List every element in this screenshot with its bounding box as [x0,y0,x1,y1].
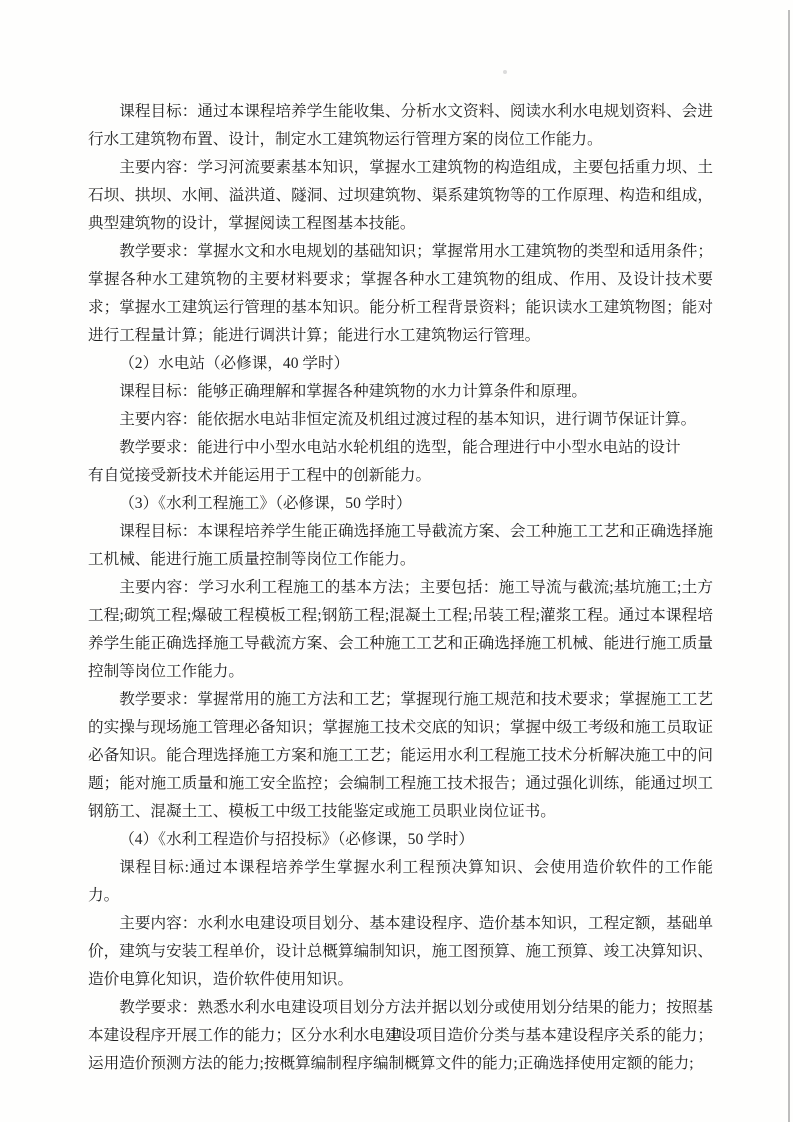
body-paragraph: 主要内容：能依据水电站非恒定流及机组过渡过程的基本知识，进行调节保证计算。 [88,406,713,434]
scanned-document-page: 课程目标：通过本课程培养学生能收集、分析水文资料、阅读水利水电规划资料、会进行水… [0,0,793,1122]
body-paragraph: 课程目标：通过本课程培养学生能收集、分析水文资料、阅读水利水电规划资料、会进行水… [88,98,713,154]
body-paragraph: 教学要求：掌握水文和水电规划的基础知识；掌握常用水工建筑物的类型和适用条件；掌握… [88,238,713,350]
body-paragraph: 有自觉接受新技术并能运用于工程中的创新能力。 [88,462,713,490]
scan-speck-artifact [503,70,507,74]
course-section-heading: （2）水电站（必修课，40 学时） [88,350,713,378]
document-body: 课程目标：通过本课程培养学生能收集、分析水文资料、阅读水利水电规划资料、会进行水… [88,98,713,1078]
page-number: 11 [0,1020,793,1048]
body-paragraph: 课程目标：本课程培养学生能正确选择施工导截流方案、会工种施工工艺和正确选择施工机… [88,518,713,574]
scan-edge-artifact [788,10,790,1122]
body-paragraph: 课程目标：能够正确理解和掌握各种建筑物的水力计算条件和原理。 [88,378,713,406]
body-paragraph: 主要内容：学习水利工程施工的基本方法；主要包括：施工导流与截流;基坑施工;土方工… [88,574,713,686]
body-paragraph: 主要内容：水利水电建设项目划分、基本建设程序、造价基本知识，工程定额，基础单价，… [88,910,713,994]
course-section-heading: （4）《水利工程造价与招投标》（必修课，50 学时） [88,826,713,854]
body-paragraph: 主要内容：学习河流要素基本知识，掌握水工建筑物的构造组成，主要包括重力坝、土石坝… [88,154,713,238]
course-section-heading: （3）《水利工程施工》（必修课，50 学时） [88,490,713,518]
body-paragraph: 教学要求：掌握常用的施工方法和工艺；掌握现行施工规范和技术要求；掌握施工工艺的实… [88,686,713,826]
body-paragraph: 教学要求：能进行中小型水电站水轮机组的选型，能合理进行中小型水电站的设计 [88,434,713,462]
body-paragraph: 课程目标:通过本课程培养学生掌握水利工程预决算知识、会使用造价软件的工作能力。 [88,854,713,910]
